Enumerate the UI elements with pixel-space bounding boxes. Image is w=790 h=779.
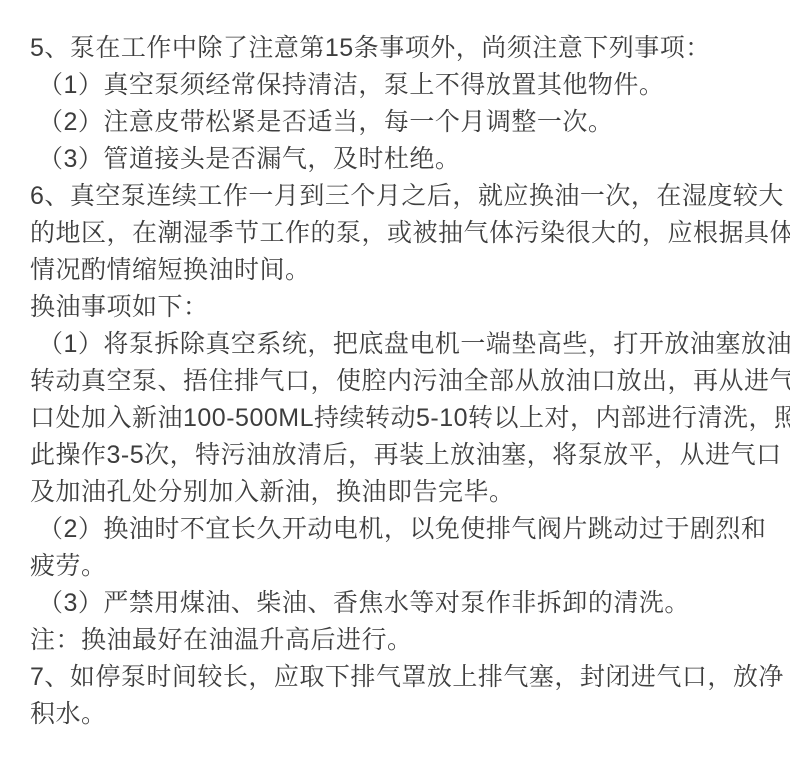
text-line-item-7-line-2: 积水。 [30,696,762,733]
instruction-text-block: 5、泵在工作中除了注意第15条事项外，尚须注意下列事项： （1）真空泵须经常保持… [30,30,762,733]
text-line-oil-sub-2-line-1: （2）换油时不宜长久开动电机，以免使排气阀片跳动过于剧烈和 [30,511,762,548]
text-line-oil-sub-1-line-1: （1）将泵拆除真空系统，把底盘电机一端垫高些，打开放油塞放油， [30,326,762,363]
text-line-item-6-line-3: 情况酌情缩短换油时间。 [30,252,762,289]
text-line-item-6-line-1: 6、真空泵连续工作一月到三个月之后，就应换油一次，在湿度较大 [30,178,762,215]
text-line-item-5-header: 5、泵在工作中除了注意第15条事项外，尚须注意下列事项： [30,30,762,67]
text-line-sub-3: （3）管道接头是否漏气，及时杜绝。 [30,141,762,178]
text-line-oil-sub-1-line-2: 转动真空泵、捂住排气口，使腔内污油全部从放油口放出，再从进气 [30,363,762,400]
text-line-sub-2: （2）注意皮带松紧是否适当，每一个月调整一次。 [30,104,762,141]
text-line-sub-1: （1）真空泵须经常保持清洁，泵上不得放置其他物件。 [30,67,762,104]
text-line-note: 注：换油最好在油温升高后进行。 [30,622,762,659]
text-line-oil-sub-1-line-4: 此操作3-5次，特污油放清后，再装上放油塞，将泵放平，从进气口 [30,437,762,474]
text-line-oil-change-header: 换油事项如下： [30,289,762,326]
text-line-oil-sub-2-line-2: 疲劳。 [30,548,762,585]
text-line-oil-sub-1-line-3: 口处加入新油100-500ML持续转动5-10转以上对，内部进行清洗，照 [30,400,762,437]
text-line-item-6-line-2: 的地区，在潮湿季节工作的泵，或被抽气体污染很大的，应根据具体 [30,215,762,252]
document-page: 5、泵在工作中除了注意第15条事项外，尚须注意下列事项： （1）真空泵须经常保持… [0,0,790,779]
text-line-oil-sub-1-line-5: 及加油孔处分别加入新油，换油即告完毕。 [30,474,762,511]
text-line-oil-sub-3: （3）严禁用煤油、柴油、香焦水等对泵作非拆卸的清洗。 [30,585,762,622]
text-line-item-7-line-1: 7、如停泵时间较长，应取下排气罩放上排气塞，封闭进气口，放净 [30,659,762,696]
